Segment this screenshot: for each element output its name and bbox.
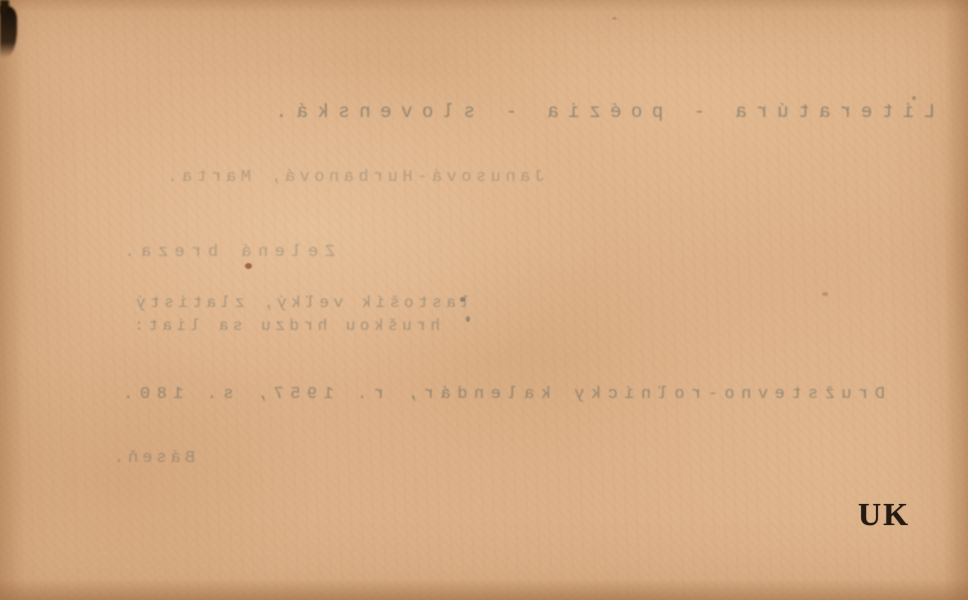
ink-speck — [245, 263, 252, 269]
ink-speck — [466, 316, 470, 322]
library-stamp: UK — [858, 496, 910, 532]
bleed-line-author: Janusová-Hurbanová, Marta. — [130, 168, 545, 187]
bleed-line-title: Zelená breza. — [95, 243, 335, 262]
bleed-line-verse-2: hruškou hrdzu sa liat: — [90, 317, 440, 335]
ink-speck — [612, 17, 617, 20]
ink-speck — [460, 297, 465, 302]
ink-speck — [822, 292, 828, 296]
catalog-card-back: Literatúra - poézia - slovenská. Janusov… — [0, 0, 968, 600]
bleed-line-citation: Družstevno-roľnícky kalendár, r. 1957, s… — [55, 385, 885, 404]
bleed-line-subject: Literatúra - poézia - slovenská. — [235, 101, 935, 123]
ink-speck — [912, 96, 916, 100]
bleed-line-verse-1: lastošík veľký, zlatistý — [90, 294, 470, 312]
bleed-line-note: Báseň. — [95, 449, 195, 468]
